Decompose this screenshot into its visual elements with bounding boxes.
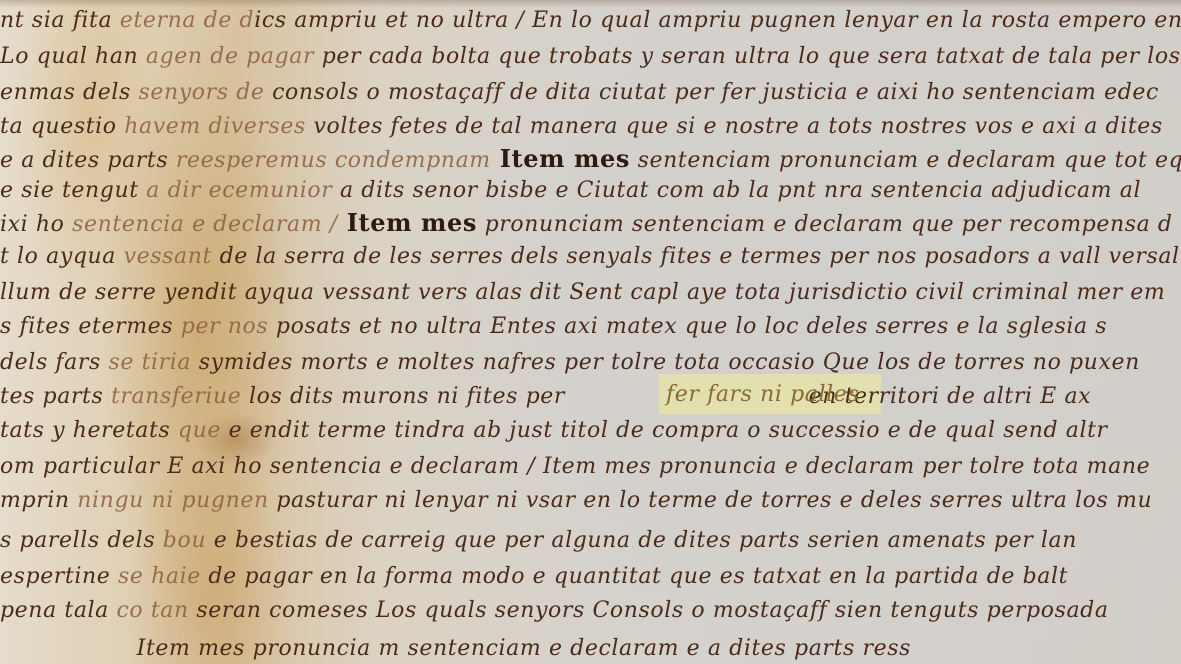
line-text: e a dites parts bbox=[0, 148, 176, 173]
line-text-faded: transferiue bbox=[111, 384, 241, 409]
line-text: tes parts bbox=[0, 384, 111, 409]
manuscript-line-15: mprin ningu ni pugnen pasturar ni lenyar… bbox=[0, 484, 1152, 518]
manuscript-line-9: llum de serre yendit ayqua vessant vers … bbox=[0, 276, 1165, 310]
manuscript-line-8: t lo ayqua vessant de la serra de les se… bbox=[0, 240, 1180, 274]
line-text: mprin bbox=[0, 488, 77, 513]
line-text-faded: agen de pagar bbox=[146, 44, 314, 69]
line-text: de pagar en la forma modo e quantitat qu… bbox=[201, 564, 1068, 589]
line-text: enmas dels bbox=[0, 80, 138, 105]
line-text-faded: co tan bbox=[116, 598, 188, 623]
manuscript-line-5: e a dites parts reesperemus condempnam I… bbox=[0, 142, 1181, 176]
manuscript-line-2: Lo qual han agen de pagar per cada bolta… bbox=[0, 40, 1181, 74]
manuscript-line-11: dels fars se tiria symides morts e molte… bbox=[0, 346, 1140, 380]
manuscript-line-13: tats y heretats que e endit terme tindra… bbox=[0, 414, 1108, 448]
line-text: sentenciam pronunciam e declaram que tot… bbox=[630, 148, 1181, 173]
manuscript-line-19: Item mes pronuncia m sentenciam e declar… bbox=[0, 632, 911, 664]
line-text-faded: havem diverses bbox=[124, 114, 306, 139]
line-text-faded: per nos bbox=[181, 314, 269, 339]
line-text: seran comeses Los quals senyors Consols … bbox=[189, 598, 1109, 623]
line-text-faded: se haie bbox=[118, 564, 201, 589]
line-text: llum de serre bbox=[0, 280, 156, 305]
line-text: ta questio bbox=[0, 114, 124, 139]
line-text-faded: senyors de bbox=[138, 80, 264, 105]
line-text: dels fars bbox=[0, 350, 108, 375]
highlighted-phrase[interactable]: fer fars ni palles bbox=[666, 378, 859, 412]
line-text: a dits senor bisbe e Ciutat com ab la pn… bbox=[332, 178, 1141, 203]
manuscript-line-18: pena tala co tan seran comeses Los quals… bbox=[0, 594, 1109, 628]
line-text: Lo qual han bbox=[0, 44, 146, 69]
line-text: om particular bbox=[0, 454, 167, 479]
line-text: los dits murons ni fites per bbox=[241, 384, 565, 409]
line-text-faded: reesperemus condempnam bbox=[176, 148, 491, 173]
line-text: s fites etermes bbox=[0, 314, 181, 339]
line-text: pasturar ni lenyar ni vsar en lo terme d… bbox=[269, 488, 1152, 513]
line-text: posats et no ultra Entes axi matex que l… bbox=[268, 314, 1107, 339]
line-text-faded: se tiria bbox=[108, 350, 191, 375]
manuscript-line-16: s parells dels bou e bestias de carreig … bbox=[0, 524, 1077, 558]
line-text-faded: que bbox=[178, 418, 221, 443]
manuscript-line-4: ta questio havem diverses voltes fetes d… bbox=[0, 110, 1163, 144]
line-text: de la serra de les serres dels senyals f… bbox=[212, 244, 1180, 269]
line-text: e sie tengut bbox=[0, 178, 146, 203]
manuscript-line-1: nt sia fita eterna de dics ampriu et no … bbox=[0, 4, 1181, 38]
manuscript-line-7: ixi ho sentencia e declaram / Item mes p… bbox=[0, 206, 1173, 240]
line-text: s parells dels bbox=[0, 528, 163, 553]
line-text: e endit terme tindra ab just titol de co… bbox=[221, 418, 1108, 443]
line-text: consols o mostaçaff de dita ciutat per f… bbox=[265, 80, 1159, 105]
line-text: yendit ayqua vessant vers alas dit Sent … bbox=[156, 280, 1165, 305]
line-text: espertine bbox=[0, 564, 118, 589]
manuscript-page: nt sia fita eterna de dics ampriu et no … bbox=[0, 0, 1181, 664]
line-text: symides morts e moltes nafres per tolre … bbox=[191, 350, 1140, 375]
line-text: pronunciam sentenciam e declaram que per… bbox=[477, 212, 1173, 237]
line-text: ics ampriu et no ultra / En lo qual ampr… bbox=[254, 8, 1181, 33]
line-text: nt sia fita bbox=[0, 8, 112, 33]
line-text: pena tala bbox=[0, 598, 116, 623]
item-mes-heading: Item mes bbox=[338, 208, 477, 237]
manuscript-line-12: tes parts transferiue los dits murons ni… bbox=[0, 380, 1091, 414]
manuscript-line-6: e sie tengut a dir ecemunior a dits seno… bbox=[0, 174, 1141, 208]
line-text-faded: vessant bbox=[124, 244, 212, 269]
line-text: ixi ho bbox=[0, 212, 72, 237]
line-text-faded: bou bbox=[163, 528, 206, 553]
line-text-faded: sentencia e declaram / bbox=[72, 212, 338, 237]
line-text-faded: ningu ni pugnen bbox=[77, 488, 269, 513]
line-text: e bestias de carreig que per alguna de d… bbox=[206, 528, 1077, 553]
line-text: E axi ho sentencia e declaram / Item mes… bbox=[167, 454, 1150, 479]
line-text: t lo ayqua bbox=[0, 244, 124, 269]
line-text: per cada bolta que trobats y seran ultra… bbox=[314, 44, 1181, 69]
line-text-faded: a dir ecemunior bbox=[146, 178, 332, 203]
item-mes-heading: Item mes bbox=[491, 144, 630, 173]
manuscript-line-17: espertine se haie de pagar en la forma m… bbox=[0, 560, 1068, 594]
manuscript-line-14: om particular E axi ho sentencia e decla… bbox=[0, 450, 1150, 484]
line-text-faded: eterna de d bbox=[112, 8, 254, 33]
line-text: voltes fetes de tal manera que si e nost… bbox=[306, 114, 1163, 139]
manuscript-line-10: s fites etermes per nos posats et no ult… bbox=[0, 310, 1107, 344]
line-text: tats y heretats bbox=[0, 418, 178, 443]
manuscript-line-3: enmas dels senyors de consols o mostaçaf… bbox=[0, 76, 1159, 110]
line-text: Item mes pronuncia m sentenciam e declar… bbox=[0, 636, 911, 661]
